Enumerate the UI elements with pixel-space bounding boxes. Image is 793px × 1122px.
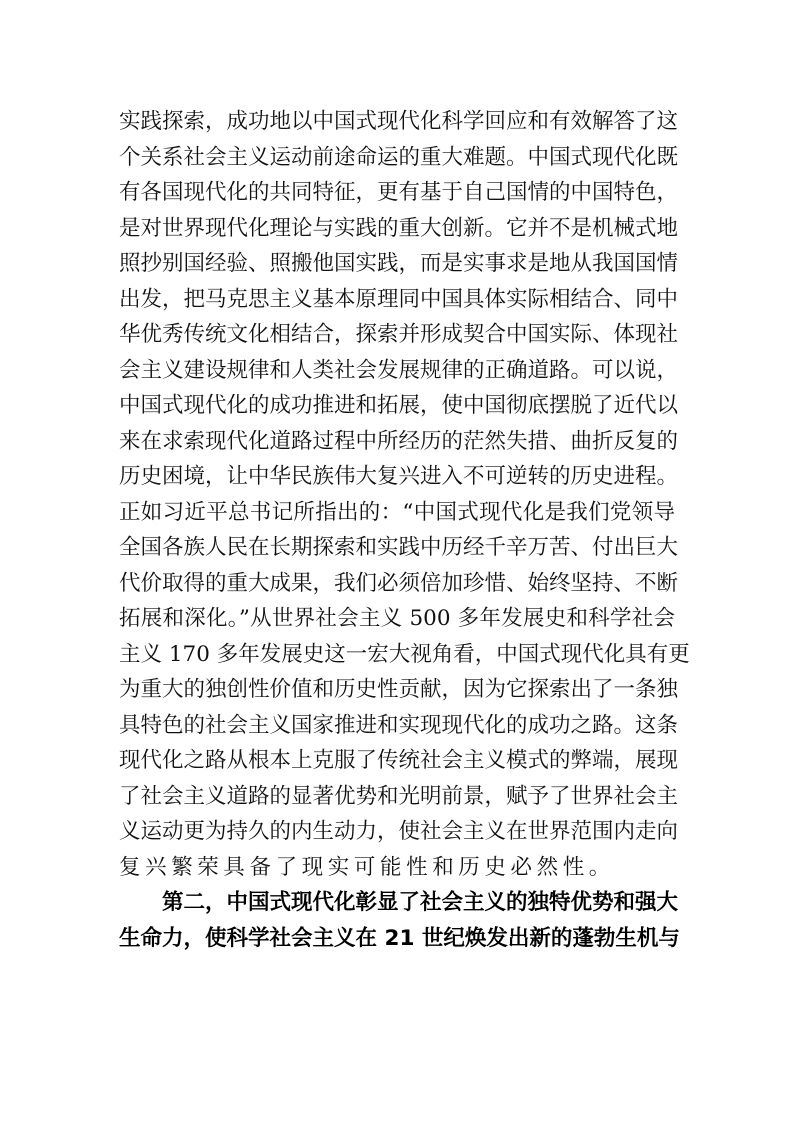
section-heading: 第二，中国式现代化彰显了社会主义的独特优势和强大 生命力，使科学社会主义在 21… <box>119 885 675 956</box>
text-line: 历史困境，让中华民族伟大复兴进入不可逆转的历史进程。 <box>119 459 675 495</box>
heading-line: 第二，中国式现代化彰显了社会主义的独特优势和强大 <box>119 885 675 921</box>
text-line: 复兴繁荣具备了现实可能性和历史必然性。 <box>119 850 675 886</box>
text-line: 有各国现代化的共同特征，更有基于自己国情的中国特色， <box>119 175 675 211</box>
document-body: 实践探索，成功地以中国式现代化科学回应和有效解答了这 个关系社会主义运动前途命运… <box>119 104 675 956</box>
text-line: 华优秀传统文化相结合，探索并形成契合中国实际、体现社 <box>119 317 675 353</box>
text-line: 现代化之路从根本上克服了传统社会主义模式的弊端，展现 <box>119 743 675 779</box>
text-line: 全国各族人民在长期探索和实践中历经千辛万苦、付出巨大 <box>119 530 675 566</box>
text-line: 为重大的独创性价值和历史性贡献，因为它探索出了一条独 <box>119 672 675 708</box>
heading-line: 生命力，使科学社会主义在 21 世纪焕发出新的蓬勃生机与 <box>119 921 675 957</box>
text-line: 出发，把马克思主义基本原理同中国具体实际相结合、同中 <box>119 282 675 318</box>
text-line: 中国式现代化的成功推进和拓展，使中国彻底摆脱了近代以 <box>119 388 675 424</box>
text-line: 具特色的社会主义国家推进和实现现代化的成功之路。这条 <box>119 708 675 744</box>
text-line: 会主义建设规律和人类社会发展规律的正确道路。可以说， <box>119 353 675 389</box>
text-line: 个关系社会主义运动前途命运的重大难题。中国式现代化既 <box>119 140 675 176</box>
text-line: 是对世界现代化理论与实践的重大创新。它并不是机械式地 <box>119 211 675 247</box>
text-line: 拓展和深化。”从世界社会主义 500 多年发展史和科学社会 <box>119 601 675 637</box>
document-page: 实践探索，成功地以中国式现代化科学回应和有效解答了这 个关系社会主义运动前途命运… <box>0 0 793 1122</box>
text-line: 主义 170 多年发展史这一宏大视角看，中国式现代化具有更 <box>119 637 675 673</box>
text-line: 实践探索，成功地以中国式现代化科学回应和有效解答了这 <box>119 104 675 140</box>
text-line: 来在求索现代化道路过程中所经历的茫然失措、曲折反复的 <box>119 424 675 460</box>
text-line: 了社会主义道路的显著优势和光明前景，赋予了世界社会主 <box>119 779 675 815</box>
text-line: 正如习近平总书记所指出的：“中国式现代化是我们党领导 <box>119 495 675 531</box>
paragraph: 实践探索，成功地以中国式现代化科学回应和有效解答了这 个关系社会主义运动前途命运… <box>119 104 675 885</box>
text-line: 代价取得的重大成果，我们必须倍加珍惜、始终坚持、不断 <box>119 566 675 602</box>
text-line: 照抄别国经验、照搬他国实践，而是实事求是地从我国国情 <box>119 246 675 282</box>
text-line: 义运动更为持久的内生动力，使社会主义在世界范围内走向 <box>119 814 675 850</box>
